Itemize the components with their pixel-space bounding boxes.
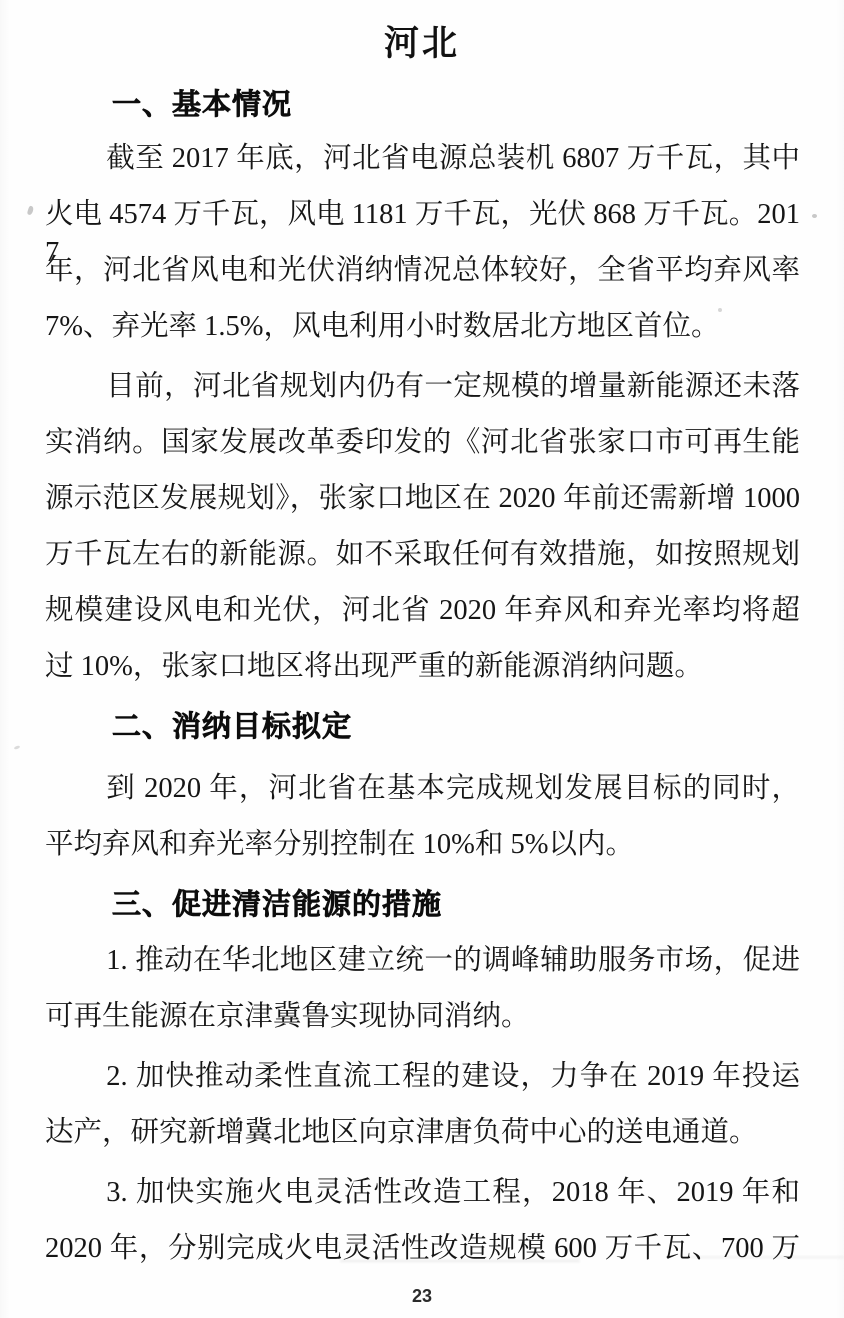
scan-speck (14, 745, 21, 750)
text-line: 7%、弃光率 1.5%，风电利用小时数居北方地区首位。 (45, 308, 800, 348)
scan-speck (812, 214, 817, 218)
section-heading-1: 一、基本情况 (112, 86, 802, 126)
page-title: 河北 (0, 16, 844, 66)
text-line: 可再生能源在京津冀鲁实现协同消纳。 (45, 998, 800, 1038)
text-line: 平均弃风和弃光率分别控制在 10%和 5%以内。 (45, 826, 800, 866)
section-heading-2: 二、消纳目标拟定 (112, 708, 802, 748)
document-page: 河北 一、基本情况 截至 2017 年底，河北省电源总装机 6807 万千瓦，其… (0, 0, 844, 1318)
text-line: 规模建设风电和光伏，河北省 2020 年弃风和弃光率均将超 (45, 592, 800, 632)
scan-speck (27, 205, 35, 215)
text-line: 到 2020 年，河北省在基本完成规划发展目标的同时， (45, 770, 800, 810)
section-heading-3: 三、促进清洁能源的措施 (112, 886, 802, 926)
page-number: 23 (0, 1286, 844, 1307)
text-line: 源示范区发展规划》，张家口地区在 2020 年前还需新增 1000 (45, 480, 800, 520)
text-line: 火电 4574 万千瓦，风电 1181 万千瓦，光伏 868 万千瓦。2017 (45, 196, 800, 236)
text-line: 年，河北省风电和光伏消纳情况总体较好，全省平均弃风率 (45, 252, 800, 292)
text-line: 截至 2017 年底，河北省电源总装机 6807 万千瓦，其中 (45, 140, 800, 180)
text-line: 2. 加快推动柔性直流工程的建设，力争在 2019 年投运 (45, 1058, 800, 1098)
text-line: 实消纳。国家发展改革委印发的《河北省张家口市可再生能 (45, 424, 800, 464)
text-line: 过 10%，张家口地区将出现严重的新能源消纳问题。 (45, 648, 800, 688)
text-line: 达产，研究新增冀北地区向京津唐负荷中心的送电通道。 (45, 1114, 800, 1154)
text-line: 2020 年，分别完成火电灵活性改造规模 600 万千瓦、700 万 (45, 1230, 800, 1270)
text-line: 1. 推动在华北地区建立统一的调峰辅助服务市场，促进 (45, 942, 800, 982)
text-line: 3. 加快实施火电灵活性改造工程，2018 年、2019 年和 (45, 1174, 800, 1214)
text-line: 目前，河北省规划内仍有一定规模的增量新能源还未落 (45, 368, 800, 408)
text-line: 万千瓦左右的新能源。如不采取任何有效措施，如按照规划 (45, 536, 800, 576)
